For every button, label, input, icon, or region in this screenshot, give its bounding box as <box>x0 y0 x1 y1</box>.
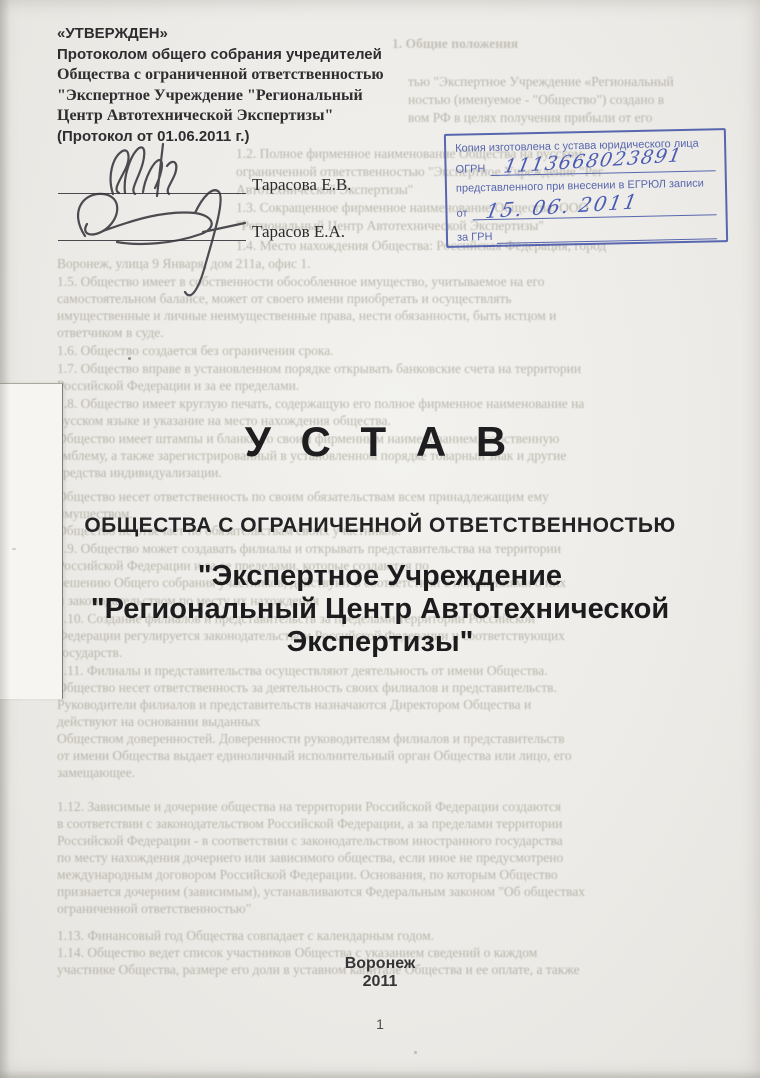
bleedthrough-line: международным договором Российской Федер… <box>57 867 558 883</box>
bleedthrough-line: Общество несет ответственность за деятел… <box>57 680 557 696</box>
paper-speck <box>414 1051 417 1054</box>
bleedthrough-line: по месту нахождения дочернего или зависи… <box>57 850 563 866</box>
approval-line: Центр Автотехнической Экспертизы" <box>57 106 384 127</box>
bleedthrough-line: от имени Общества выдает единоличный исп… <box>57 748 572 764</box>
handwritten-signatures <box>55 136 295 311</box>
registration-stamp: Копия изготовлена с устава юридического … <box>444 128 728 248</box>
scan-edge-shadow-left <box>0 0 10 1078</box>
bleedthrough-line: 1.8. Общество имеет круглую печать, соде… <box>57 396 584 412</box>
paper-speck <box>12 548 16 550</box>
approval-line: Общества с ограниченной ответственностью <box>57 65 384 86</box>
company-name: "Экспертное Учреждение "Региональный Цен… <box>0 560 760 659</box>
scanned-charter-page: 1. Общие положениятью "Экспертное Учрежд… <box>0 0 760 1078</box>
bleedthrough-line: Российской Федерации - в соответствии с … <box>57 833 563 849</box>
bleedthrough-line: ностью (именуемое - "Общество") создано … <box>408 92 664 108</box>
bleedthrough-line: средства индивидуализации. <box>57 465 222 481</box>
bleedthrough-line: Российской Федерации и за ее пределами. <box>57 378 299 394</box>
stamp-date-field: 15. 06. 2011 <box>472 200 716 220</box>
signature-scribble-2 <box>78 190 245 295</box>
signature-scribble-1 <box>111 144 177 196</box>
stamp-ogrn-label: ОГРН <box>455 163 485 177</box>
approval-block: «УТВЕРЖДЕН» Протоколом общего собрания у… <box>57 24 384 147</box>
bleedthrough-line: вом РФ в целях получения прибыли от его <box>408 110 652 126</box>
stamp-date-label: от <box>456 207 467 220</box>
bleedthrough-line: 1.6. Общество создается без ограничения … <box>57 343 334 359</box>
bleedthrough-line: 1.13. Финансовый год Общества совпадает … <box>57 928 434 944</box>
stamp-grn-field <box>497 224 717 244</box>
footer-city: Воронеж <box>0 955 760 973</box>
bleedthrough-line: Обществом доверенностей. Доверенности ру… <box>57 731 565 747</box>
bleedthrough-line: замещающее. <box>57 765 135 781</box>
stamp-ogrn-field: 1113668023891 <box>490 156 715 176</box>
bleedthrough-line: 1.12. Зависимые и дочерние общества на т… <box>57 799 561 815</box>
stamp-date-handwritten-value: 15. 06. 2011 <box>485 195 640 218</box>
bleedthrough-line: Общество несет ответственность по своим … <box>57 489 549 505</box>
footer-year: 2011 <box>0 973 760 991</box>
bleedthrough-line: признается дочерним (зависимым), устанав… <box>57 884 585 900</box>
scan-edge-shadow-bottom <box>0 1070 760 1078</box>
stamp-grn-label: за ГРН <box>457 231 493 245</box>
paper-speck <box>128 357 131 360</box>
bleedthrough-line: тью "Экспертное Учреждение «Региональный <box>408 74 674 90</box>
company-name-line: Экспертизы" <box>0 626 760 659</box>
bleedthrough-line: 1.11. Филиалы и представительства осущес… <box>57 663 548 679</box>
document-title: У С Т А В <box>0 418 760 466</box>
approval-line: "Экспертное Учреждение "Региональный <box>57 86 384 107</box>
approval-line: Протоколом общего собрания учредителей <box>57 45 384 66</box>
bleedthrough-line: Руководители филиалов и представительств… <box>57 697 531 713</box>
page-number: 1 <box>0 1016 760 1032</box>
company-name-line: "Региональный Центр Автотехнической <box>0 593 760 626</box>
bleedthrough-line: 1. Общие положения <box>392 36 518 52</box>
bleedthrough-line: в соответствии с законодательством Росси… <box>57 816 562 832</box>
footer-city-year: Воронеж 2011 <box>0 955 760 991</box>
bleedthrough-line: 1.7. Общество вправе в установленном пор… <box>57 361 581 377</box>
approval-line: «УТВЕРЖДЕН» <box>57 24 384 45</box>
company-name-line: "Экспертное Учреждение <box>0 560 760 593</box>
bleedthrough-line: действуют на основании выданных <box>57 714 260 730</box>
document-subtitle: ОБЩЕСТВА С ОГРАНИЧЕННОЙ ОТВЕТСТВЕННОСТЬЮ <box>0 514 760 538</box>
bleedthrough-line: 1.9. Общество может создавать филиалы и … <box>57 541 561 557</box>
bleedthrough-line: ответчиком в суде. <box>57 325 164 341</box>
bleedthrough-line: ограниченной ответственностью" <box>57 901 251 917</box>
